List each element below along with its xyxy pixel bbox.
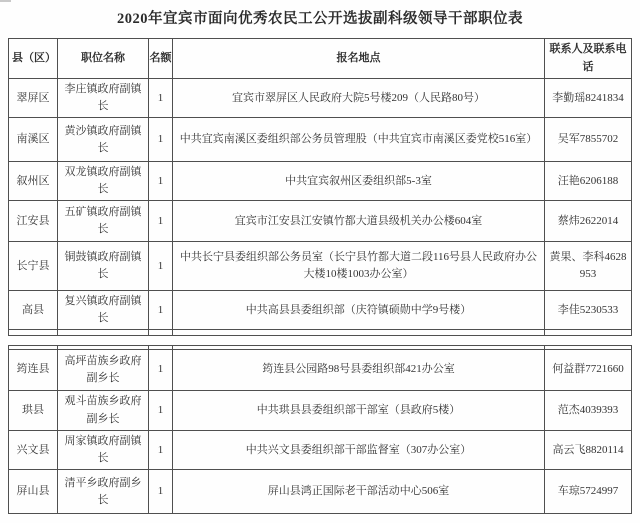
location-cell: 中共高县县委组织部（庆符镇硕勋中学9号楼）: [173, 291, 545, 330]
quota-cell: 1: [149, 350, 173, 391]
positions-table-lower: 筠连县 高坪苗族乡政府副乡长 1 筠连县公园路98号县委组织部421办公室 何益…: [8, 345, 632, 514]
partial-row: [9, 330, 632, 336]
empty-cell: [173, 330, 545, 336]
county-cell: 高县: [9, 291, 58, 330]
position-cell: 双龙镇政府副镇长: [58, 162, 149, 201]
empty-cell: [149, 330, 173, 336]
location-cell: 宜宾市翠屏区人民政府大院5号楼209（人民路80号）: [173, 79, 545, 118]
county-cell: 江安县: [9, 201, 58, 242]
contact-cell: 汪艳6206188: [545, 162, 632, 201]
contact-cell: 何益群7721660: [545, 350, 632, 391]
location-cell: 筠连县公园路98号县委组织部421办公室: [173, 350, 545, 391]
location-cell: 宜宾市江安县江安镇竹都大道县级机关办公楼604室: [173, 201, 545, 242]
position-cell: 高坪苗族乡政府副乡长: [58, 350, 149, 391]
location-cell: 中共兴文县委组织部干部监督室（307办公室）: [173, 431, 545, 470]
contact-cell: 李勤瑶8241834: [545, 79, 632, 118]
header-contact: 联系人及联系电话: [545, 39, 632, 79]
position-cell: 黄沙镇政府副镇长: [58, 118, 149, 162]
position-cell: 复兴镇政府副镇长: [58, 291, 149, 330]
contact-cell: 蔡炜2622014: [545, 201, 632, 242]
quota-cell: 1: [149, 118, 173, 162]
header-position: 职位名称: [58, 39, 149, 79]
quota-cell: 1: [149, 242, 173, 291]
empty-cell: [9, 330, 58, 336]
position-cell: 清平乡政府副乡长: [58, 470, 149, 514]
page-title: 2020年宜宾市面向优秀农民工公开选拔副科级领导干部职位表: [0, 7, 640, 28]
contact-cell: 李佳5230533: [545, 291, 632, 330]
quota-cell: 1: [149, 391, 173, 431]
county-cell: 叙州区: [9, 162, 58, 201]
county-cell: 南溪区: [9, 118, 58, 162]
position-cell: 观斗苗族乡政府副乡长: [58, 391, 149, 431]
county-cell: 屏山县: [9, 470, 58, 514]
header-location: 报名地点: [173, 39, 545, 79]
position-cell: 五矿镇政府副镇长: [58, 201, 149, 242]
contact-cell: 范杰4039393: [545, 391, 632, 431]
header-county: 县（区）: [9, 39, 58, 79]
contact-cell: 黄果、李科4628953: [545, 242, 632, 291]
position-cell: 铜鼓镇政府副镇长: [58, 242, 149, 291]
table-row: 高县 复兴镇政府副镇长 1 中共高县县委组织部（庆符镇硕勋中学9号楼） 李佳52…: [9, 291, 632, 330]
position-cell: 周家镇政府副镇长: [58, 431, 149, 470]
table-row: 珙县 观斗苗族乡政府副乡长 1 中共珙县县委组织部干部室（县政府5楼） 范杰40…: [9, 391, 632, 431]
location-cell: 中共珙县县委组织部干部室（县政府5楼）: [173, 391, 545, 431]
table-row: 长宁县 铜鼓镇政府副镇长 1 中共长宁县委组织部公务员室（长宁县竹都大道二段11…: [9, 242, 632, 291]
county-cell: 兴文县: [9, 431, 58, 470]
scan-crop-artifact: [0, 0, 11, 2]
contact-cell: 高云飞8820114: [545, 431, 632, 470]
table-row: 南溪区 黄沙镇政府副镇长 1 中共宜宾南溪区委组织部公务员管理股（中共宜宾市南溪…: [9, 118, 632, 162]
quota-cell: 1: [149, 470, 173, 514]
location-cell: 中共宜宾叙州区委组织部5-3室: [173, 162, 545, 201]
table-row: 兴文县 周家镇政府副镇长 1 中共兴文县委组织部干部监督室（307办公室） 高云…: [9, 431, 632, 470]
table-row: 翠屏区 李庄镇政府副镇长 1 宜宾市翠屏区人民政府大院5号楼209（人民路80号…: [9, 79, 632, 118]
table-row: 屏山县 清平乡政府副乡长 1 屏山县鸿正国际老干部活动中心506室 车琼5724…: [9, 470, 632, 514]
empty-cell: [58, 330, 149, 336]
document-page: 2020年宜宾市面向优秀农民工公开选拔副科级领导干部职位表 县（区） 职位名称 …: [0, 0, 640, 523]
header-quota: 名额: [149, 39, 173, 79]
quota-cell: 1: [149, 79, 173, 118]
quota-cell: 1: [149, 201, 173, 242]
location-cell: 屏山县鸿正国际老干部活动中心506室: [173, 470, 545, 514]
contact-cell: 车琼5724997: [545, 470, 632, 514]
quota-cell: 1: [149, 291, 173, 330]
table-header-row: 县（区） 职位名称 名额 报名地点 联系人及联系电话: [9, 39, 632, 79]
positions-table-upper: 县（区） 职位名称 名额 报名地点 联系人及联系电话 翠屏区 李庄镇政府副镇长 …: [8, 38, 632, 336]
location-cell: 中共长宁县委组织部公务员室（长宁县竹都大道二段116号县人民政府办公大楼10楼1…: [173, 242, 545, 291]
county-cell: 长宁县: [9, 242, 58, 291]
county-cell: 筠连县: [9, 350, 58, 391]
quota-cell: 1: [149, 162, 173, 201]
county-cell: 翠屏区: [9, 79, 58, 118]
quota-cell: 1: [149, 431, 173, 470]
contact-cell: 吴军7855702: [545, 118, 632, 162]
table-row: 江安县 五矿镇政府副镇长 1 宜宾市江安县江安镇竹都大道县级机关办公楼604室 …: [9, 201, 632, 242]
location-cell: 中共宜宾南溪区委组织部公务员管理股（中共宜宾市南溪区委党校516室）: [173, 118, 545, 162]
table-row: 叙州区 双龙镇政府副镇长 1 中共宜宾叙州区委组织部5-3室 汪艳6206188: [9, 162, 632, 201]
position-cell: 李庄镇政府副镇长: [58, 79, 149, 118]
table-row: 筠连县 高坪苗族乡政府副乡长 1 筠连县公园路98号县委组织部421办公室 何益…: [9, 350, 632, 391]
empty-cell: [545, 330, 632, 336]
county-cell: 珙县: [9, 391, 58, 431]
